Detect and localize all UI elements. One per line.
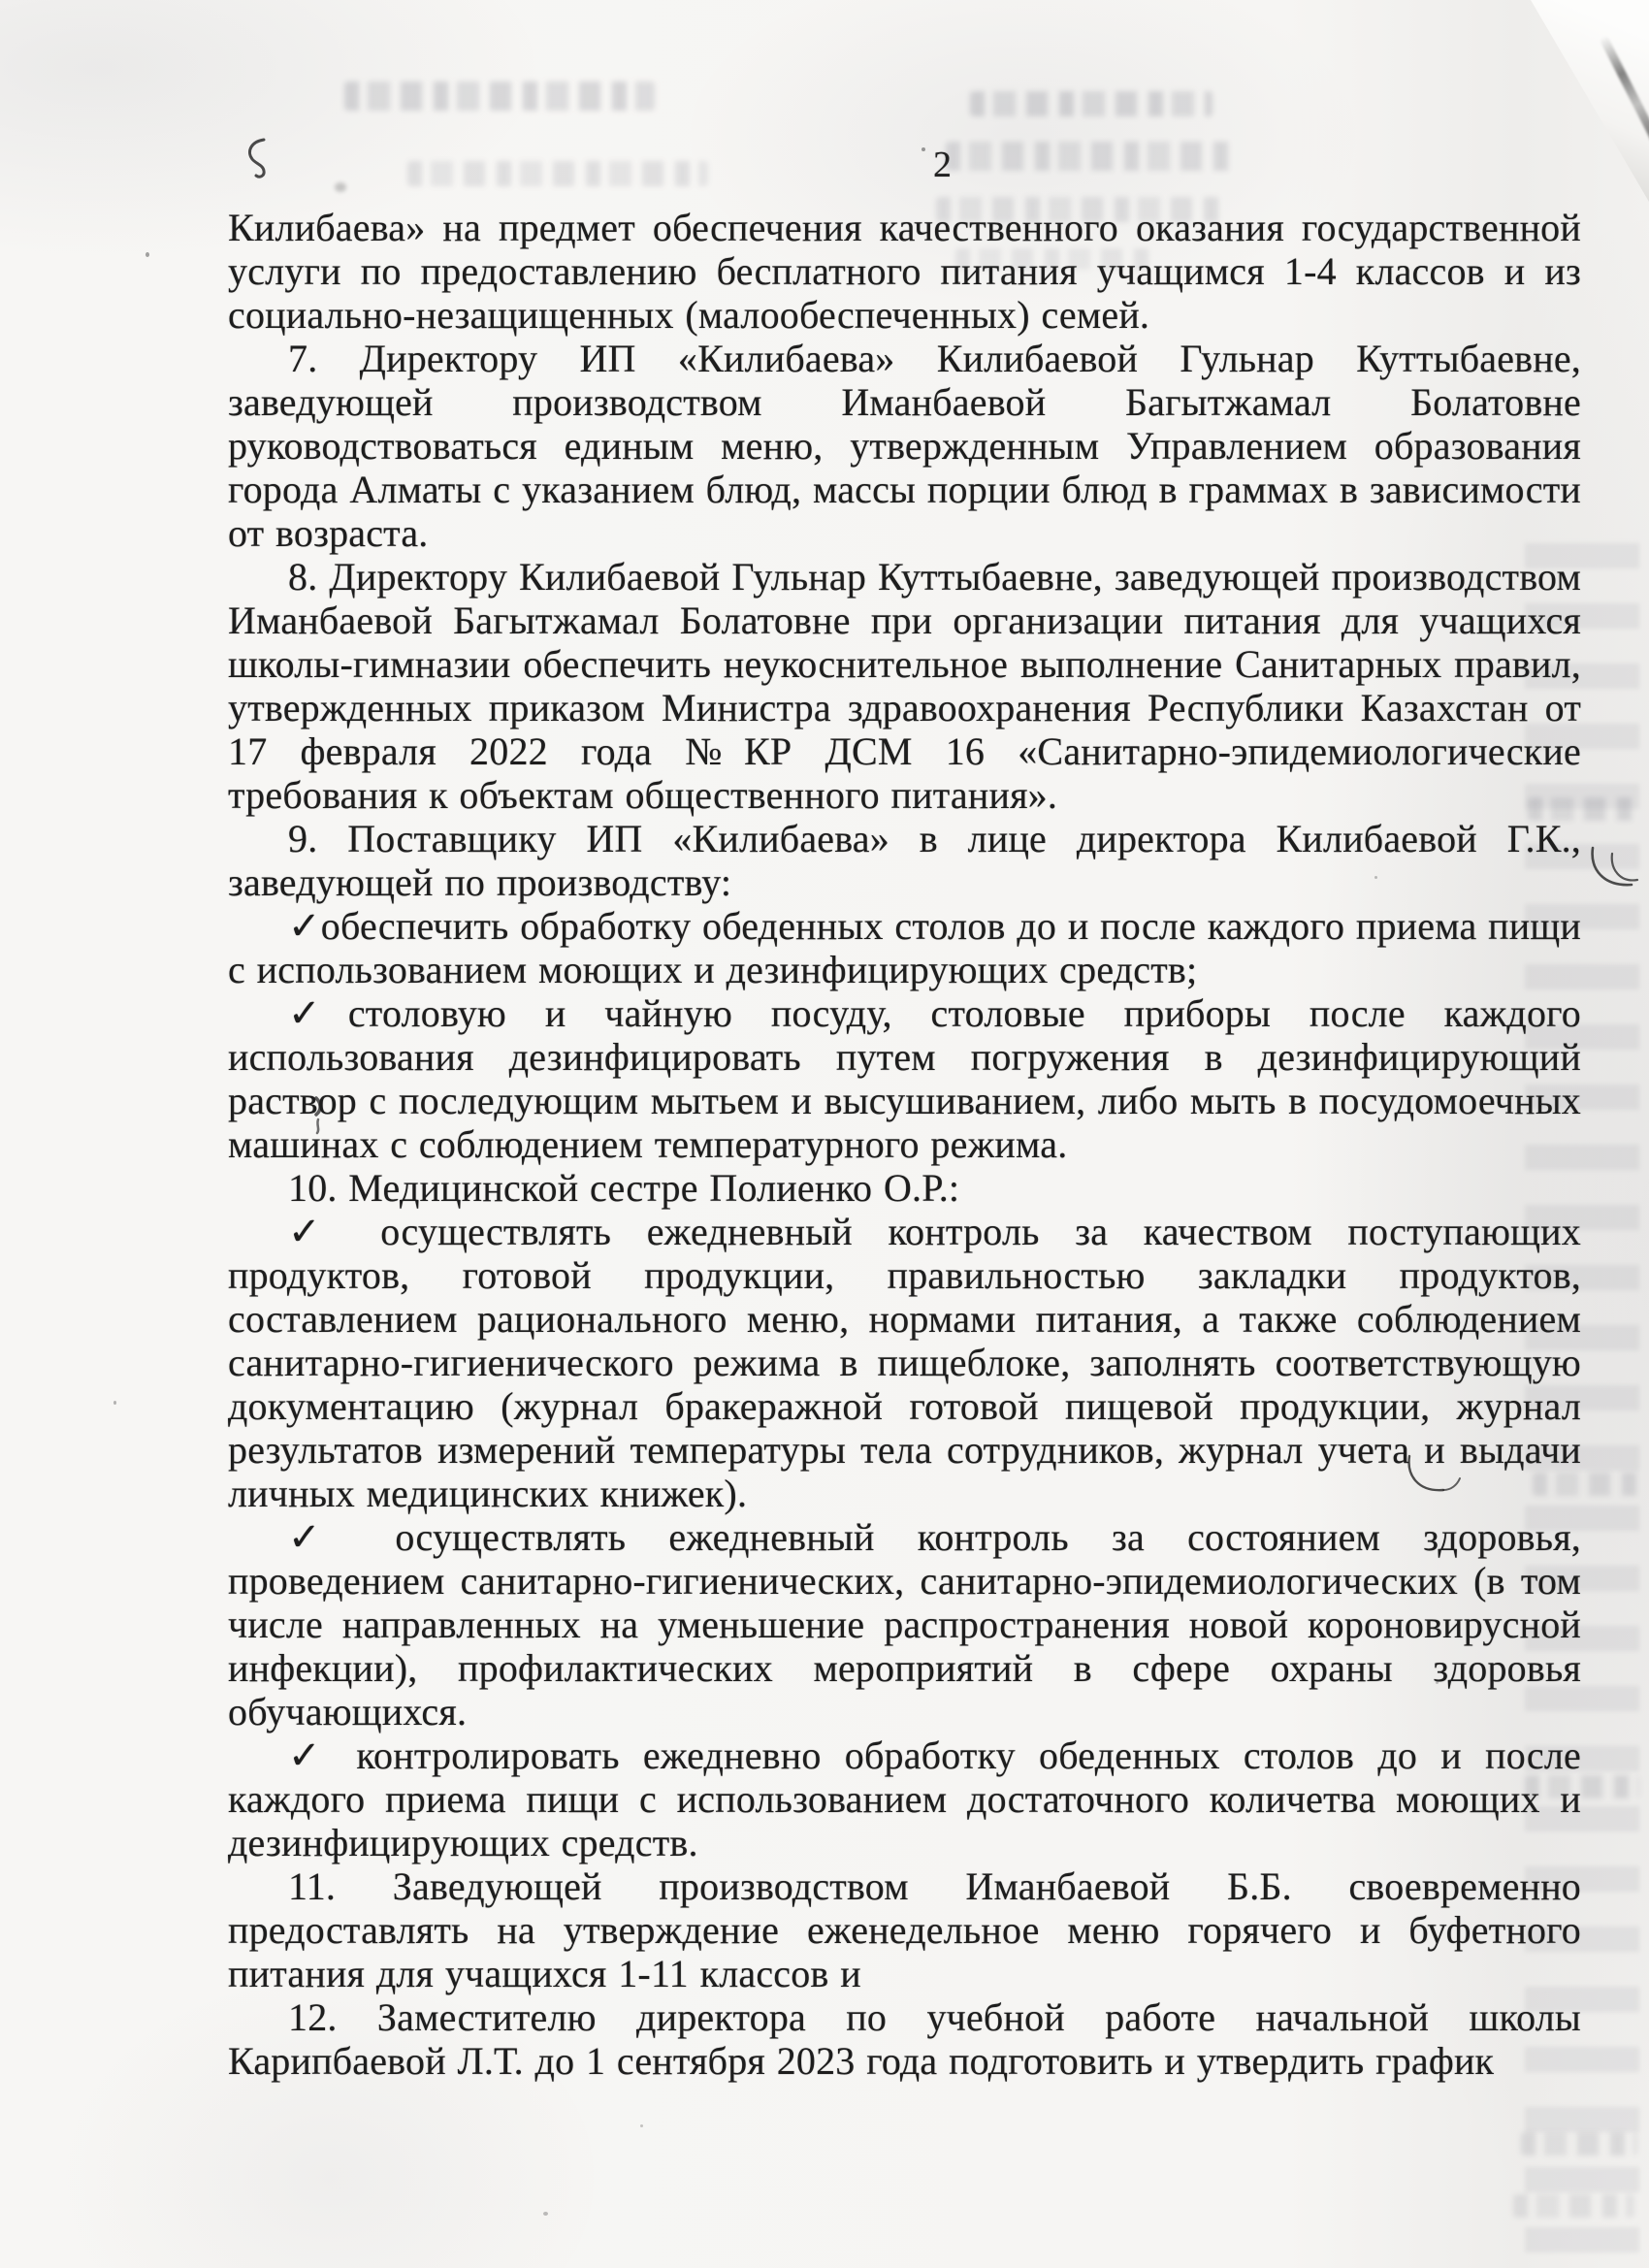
paragraph: ✓ контролировать ежедневно обработку обе… xyxy=(228,1733,1581,1864)
document-body: Килибаева» на предмет обеспечения качест… xyxy=(228,206,1581,2083)
bleedthrough-text xyxy=(946,142,1237,171)
paragraph: 9. Поставщику ИП «Килибаева» в лице дире… xyxy=(228,817,1581,904)
bleedthrough-text xyxy=(1521,2132,1637,2155)
bleedthrough-text xyxy=(970,91,1212,116)
scanned-document-page: 2 Килибаева» на предмет обеспечения каче… xyxy=(0,0,1649,2268)
dust-speck xyxy=(113,1401,116,1405)
paragraph: Килибаева» на предмет обеспечения качест… xyxy=(228,206,1581,337)
bleedthrough-text xyxy=(407,161,708,186)
paragraph: ✓ осуществлять ежедневный контроль за ка… xyxy=(228,1210,1581,1515)
bleedthrough-text xyxy=(344,81,655,111)
paragraph: 8. Директору Килибаевой Гульнар Куттыбае… xyxy=(228,555,1581,817)
paragraph: ✓ осуществлять ежедневный контроль за со… xyxy=(228,1515,1581,1733)
paragraph: ✓обеспечить обработку обеденных столов д… xyxy=(228,904,1581,991)
pen-crescent-mark xyxy=(1587,840,1649,898)
paragraph: 11. Заведующей производством Иманбаевой … xyxy=(228,1864,1581,1995)
paragraph: 12. Заместителю директора по учебной раб… xyxy=(228,1995,1581,2083)
paragraph: 10. Медицинской сестре Полиенко О.Р.: xyxy=(228,1166,1581,1210)
paragraph: 7. Директору ИП «Килибаева» Килибаевой Г… xyxy=(228,337,1581,555)
bleedthrough-text xyxy=(1513,2194,1634,2218)
dust-speck xyxy=(145,252,149,257)
dust-speck xyxy=(640,2124,643,2127)
pen-squiggle-mark xyxy=(242,136,274,182)
dust-speck xyxy=(543,2212,548,2216)
page-number: 2 xyxy=(933,144,952,186)
paragraph: ✓столовую и чайную посуду, столовые приб… xyxy=(228,991,1581,1166)
dust-speck xyxy=(335,182,346,192)
dust-speck xyxy=(921,147,925,151)
